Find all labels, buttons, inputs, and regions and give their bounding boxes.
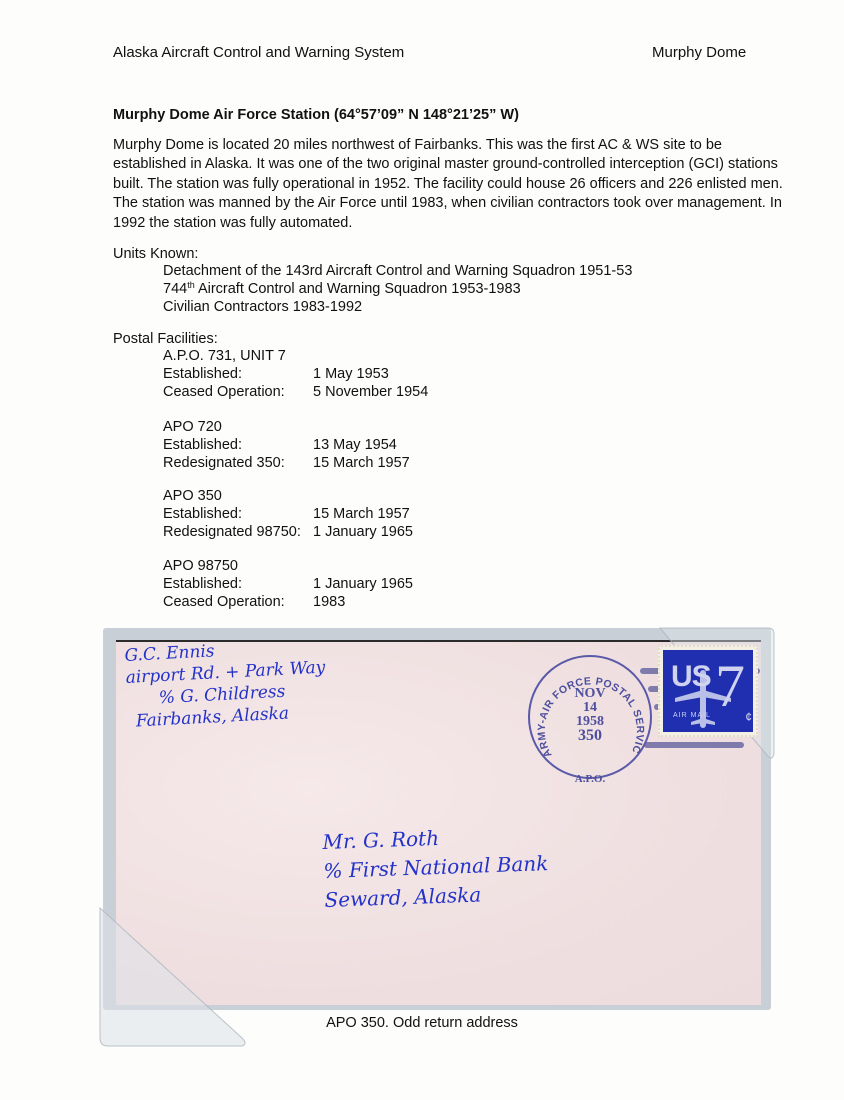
- unit-item: Detachment of the 143rd Aircraft Control…: [163, 262, 632, 280]
- facility-value: 15 March 1957: [313, 505, 410, 523]
- facility-name: APO 720: [163, 418, 410, 436]
- postal-facility: APO 350 Established:15 March 1957 Redesi…: [163, 487, 413, 541]
- facility-key: Established:: [163, 365, 313, 383]
- stamp-value: 7: [715, 656, 745, 716]
- postal-facilities-label: Postal Facilities:: [113, 331, 218, 347]
- facility-name: APO 98750: [163, 557, 413, 575]
- stamp-label: AIR MAIL: [673, 712, 711, 719]
- page-header-title: Alaska Aircraft Control and Warning Syst…: [113, 44, 404, 61]
- stamp-cent: ¢: [745, 710, 752, 724]
- facility-value: 1 May 1953: [313, 365, 389, 383]
- facility-name: APO 350: [163, 487, 413, 505]
- units-known-label: Units Known:: [113, 246, 198, 262]
- cancel-bar: [644, 742, 744, 748]
- stamp-country: US: [671, 660, 711, 694]
- intro-paragraph: Murphy Dome is located 20 miles northwes…: [113, 136, 793, 233]
- facility-key: Redesignated 350:: [163, 454, 313, 472]
- unit-item: 744th Aircraft Control and Warning Squad…: [163, 280, 632, 298]
- postmark-date: NOV 14 1958 350: [530, 687, 650, 743]
- page-header-station: Murphy Dome: [652, 44, 746, 61]
- facility-value: 1 January 1965: [313, 575, 413, 593]
- facility-value: 1983: [313, 593, 345, 611]
- facility-key: Ceased Operation:: [163, 383, 313, 401]
- recipient-address: Mr. G. Roth % First National Bank Seward…: [322, 820, 550, 915]
- facility-key: Redesignated 98750:: [163, 523, 313, 541]
- facility-key: Ceased Operation:: [163, 593, 313, 611]
- facility-value: 1 January 1965: [313, 523, 413, 541]
- facility-name: A.P.O. 731, UNIT 7: [163, 347, 428, 365]
- airmail-stamp: US 7 ¢ AIR MAIL: [658, 645, 758, 737]
- cover-caption: APO 350. Odd return address: [0, 1015, 844, 1031]
- facility-value: 15 March 1957: [313, 454, 410, 472]
- postal-facility: APO 98750 Established:1 January 1965 Cea…: [163, 557, 413, 611]
- postmark-bottom: A.P.O.: [530, 773, 650, 785]
- facility-key: Established:: [163, 505, 313, 523]
- facility-key: Established:: [163, 575, 313, 593]
- facility-key: Established:: [163, 436, 313, 454]
- units-list: Detachment of the 143rd Aircraft Control…: [163, 262, 632, 316]
- unit-item: Civilian Contractors 1983-1992: [163, 298, 632, 316]
- facility-value: 5 November 1954: [313, 383, 428, 401]
- section-title: Murphy Dome Air Force Station (64°57’09”…: [113, 107, 519, 123]
- postal-facility: A.P.O. 731, UNIT 7 Established:1 May 195…: [163, 347, 428, 401]
- postmark: ARMY-AIR FORCE POSTAL SERVICE NOV 14 195…: [528, 655, 652, 779]
- return-address: G.C. Ennis airport Rd. + Park Way % G. C…: [124, 635, 328, 733]
- facility-value: 13 May 1954: [313, 436, 397, 454]
- postal-facility: APO 720 Established:13 May 1954 Redesign…: [163, 418, 410, 472]
